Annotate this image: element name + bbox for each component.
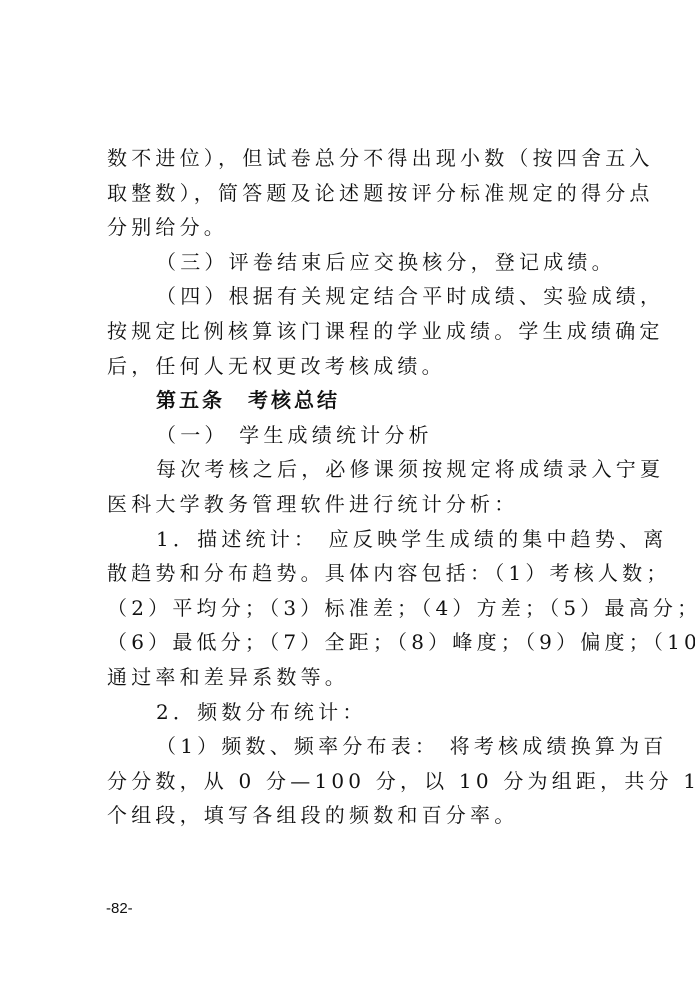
paragraph-line: （四）根据有关规定结合平时成绩、实验成绩， bbox=[107, 279, 597, 314]
paragraph-line: （2）平均分；（3）标准差；（4）方差；（5）最高分； bbox=[107, 591, 597, 626]
paragraph-line: 每次考核之后，必修课须按规定将成绩录入宁夏 bbox=[107, 452, 597, 487]
paragraph-line: 按规定比例核算该门课程的学业成绩。学生成绩确定 bbox=[107, 314, 597, 349]
body-text: 数不进位），但试卷总分不得出现小数（按四舍五入 取整数），简答题及论述题按评分标… bbox=[107, 141, 597, 833]
paragraph-line: 医科大学教务管理软件进行统计分析： bbox=[107, 487, 597, 522]
paragraph-line: （6）最低分；（7）全距；（8）峰度；（9）偏度；（10） bbox=[107, 625, 597, 660]
subsection-heading: （一） 学生成绩统计分析 bbox=[107, 418, 597, 453]
paragraph-line: （三）评卷结束后应交换核分，登记成绩。 bbox=[107, 245, 597, 280]
paragraph-line: 数不进位），但试卷总分不得出现小数（按四舍五入 bbox=[107, 141, 597, 176]
paragraph-line: 分别给分。 bbox=[107, 210, 597, 245]
paragraph-line: 取整数），简答题及论述题按评分标准规定的得分点 bbox=[107, 176, 597, 211]
paragraph-line: 1．描述统计： 应反映学生成绩的集中趋势、离 bbox=[107, 522, 597, 557]
paragraph-line: 后，任何人无权更改考核成绩。 bbox=[107, 349, 597, 384]
paragraph-line: 通过率和差异系数等。 bbox=[107, 660, 597, 695]
paragraph-line: 个组段，填写各组段的频数和百分率。 bbox=[107, 798, 597, 833]
paragraph-line: （1）频数、频率分布表： 将考核成绩换算为百 bbox=[107, 729, 597, 764]
paragraph-line: 分分数，从 0 分—100 分，以 10 分为组距，共分 11 bbox=[107, 764, 597, 799]
page-number: -82- bbox=[106, 900, 133, 917]
paragraph-line: 散趋势和分布趋势。具体内容包括：（1）考核人数； bbox=[107, 556, 597, 591]
section-heading: 第五条 考核总结 bbox=[107, 383, 597, 418]
paragraph-line: 2．频数分布统计： bbox=[107, 695, 597, 730]
document-page: 数不进位），但试卷总分不得出现小数（按四舍五入 取整数），简答题及论述题按评分标… bbox=[0, 0, 695, 982]
